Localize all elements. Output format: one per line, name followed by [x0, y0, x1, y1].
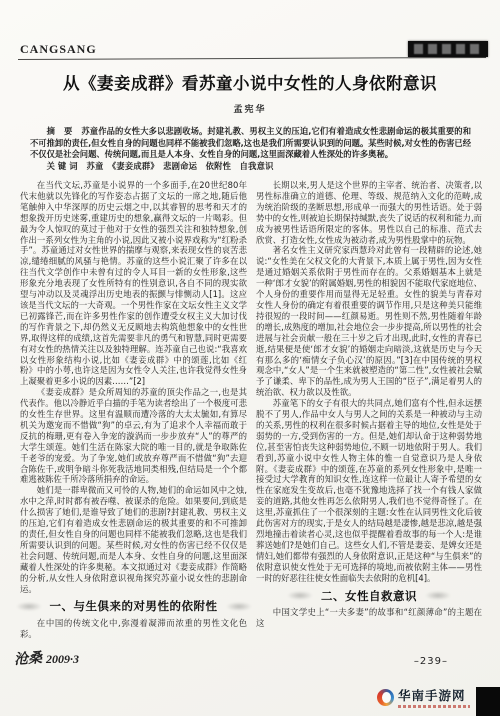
issue-number: 2009·3: [46, 652, 79, 667]
watermark-site-name: 华南手游网: [398, 686, 470, 704]
section-heading-1: 一、与生俱来的对男性的依附性: [20, 601, 247, 612]
watermark-swirl-icon: [377, 689, 394, 706]
corner-black-bar: [476, 687, 500, 716]
body-paragraph: 中国文学史上“一夫多妻”的故事和“红颜薄命”的主题在这: [256, 607, 482, 629]
scan-smudge: [425, 591, 451, 600]
left-column: 在当代文坛,苏童是小说界的一个多面手,在20世纪80年代末他就以先锋化的写作姿态…: [20, 180, 247, 640]
right-column: 长期以来,男人是这个世界的主宰者、统治者、决策者,以男性标准确立的道德、伦理、等…: [256, 180, 482, 640]
watermark-tagline-strip: [398, 705, 470, 708]
journal-name-script: 沧桑: [13, 647, 42, 669]
scan-smudge: [16, 602, 42, 611]
scan-smudge: [287, 591, 313, 600]
scan-smudge: [226, 602, 252, 611]
journal-footer: 沧桑 2009·3: [14, 648, 79, 668]
article-title: 从《妻妾成群》看苏童小说中女性的人身依附意识: [0, 70, 500, 94]
journal-page-scan: CANGSANG 从《妻妾成群》看苏童小说中女性的人身依附意识 孟宪华 摘 要苏…: [0, 0, 500, 716]
abstract-text: 苏童作品的女性大多以悲剧收场。封建礼教、男权主义的压迫,它们有着造成女性悲剧命运…: [30, 126, 471, 159]
body-paragraph: 在中国的传统文化中,弥漫着凝滞而浓重的男性文化色彩。: [20, 618, 247, 640]
watermark-body: 华南手游网: [398, 686, 470, 708]
body-paragraph: 她们是一群卑微而又可怜的人物,她们的命运如风中之烛,水中之萍,时时都有被吞噬、被…: [20, 485, 247, 594]
body-paragraph: 苏童笔下的女子有很大的共同点,她们富有个性,但永远摆脱不了男人,作品中女人与男人…: [256, 398, 482, 583]
journal-masthead: CANGSANG: [20, 42, 97, 57]
keywords-label: 关键词: [47, 161, 81, 171]
category-badge: [408, 41, 488, 57]
keywords-text: 苏童 《妻妾成群》 悲剧命运 依附性 自我意识: [87, 161, 274, 171]
article-author: 孟宪华: [0, 102, 500, 115]
badge-illegible-glyphs: [414, 44, 482, 54]
body-paragraph: 《妻妾成群》是众所周知的苏童的顶尖作品之一,也是其代表作。他以冷静近乎白描的手笔…: [20, 387, 247, 485]
body-paragraph: 在当代文坛,苏童是小说界的一个多面手,在20世纪80年代末他就以先锋化的写作姿态…: [20, 180, 247, 387]
abstract-label: 摘 要: [47, 126, 76, 136]
body-paragraph: 著名女性主义研究家西慧玲对此曾有一段精辟的论述,她说:“女性美在父权文化的大背景…: [256, 245, 482, 398]
section-heading-2: 二、女性自救意识: [256, 591, 482, 602]
header-rule: [18, 57, 486, 60]
abstract-block: 摘 要苏童作品的女性大多以悲剧收场。封建礼教、男权主义的压迫,它们有着造成女性悲…: [30, 126, 471, 172]
page-number: –239–: [414, 656, 448, 667]
keywords-line: 关键词苏童 《妻妾成群》 悲剧命运 依附性 自我意识: [30, 161, 471, 173]
section-heading-2-text: 二、女性自救意识: [321, 591, 417, 602]
body-paragraph: 长期以来,男人是这个世界的主宰者、统治者、决策者,以男性标准确立的道德、伦理、等…: [256, 180, 482, 245]
abstract-paragraph: 摘 要苏童作品的女性大多以悲剧收场。封建礼教、男权主义的压迫,它们有着造成女性悲…: [30, 126, 471, 161]
body-columns: 在当代文坛,苏童是小说界的一个多面手,在20世纪80年代末他就以先锋化的写作姿态…: [20, 180, 482, 640]
site-watermark: 华南手游网: [377, 686, 470, 708]
section-heading-1-text: 一、与生俱来的对男性的依附性: [50, 601, 218, 612]
